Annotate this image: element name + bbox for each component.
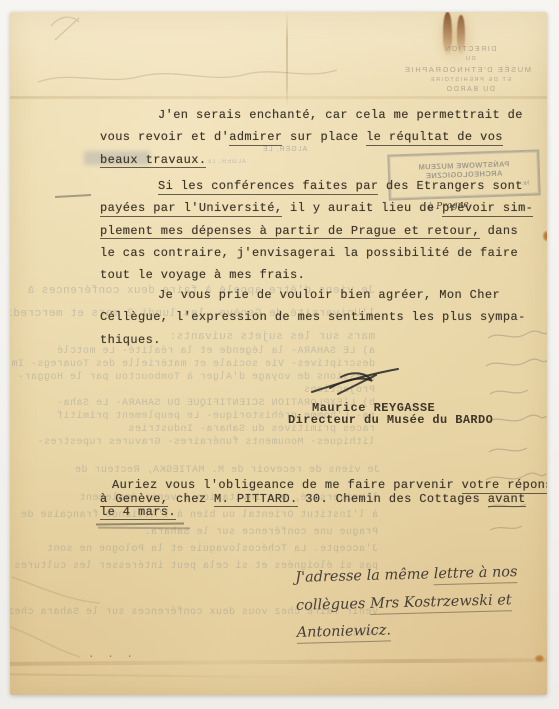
paragraph-postscript-reply-address: Auriez vous l'obligeance de me faire par… <box>100 479 520 520</box>
mirrored-pencil-handwriting <box>32 58 347 94</box>
show-through-line: lithiques- Monuments funéraires- Gravure… <box>45 436 375 449</box>
text-segment: admirer <box>229 130 282 146</box>
text-line: le 4 mars. <box>100 506 520 520</box>
text-line: thiques. <box>100 329 520 351</box>
text-line: collègues Mrs Kostrzewski et <box>296 587 517 620</box>
corner-pencil-scribble <box>45 12 95 46</box>
text-line: J'en serais enchanté, car cela me permet… <box>100 104 520 126</box>
text-line: beaux travaux. <box>100 149 520 171</box>
text-segment: ET DE PRÉHISTOIRE <box>429 77 511 83</box>
text-segment: avant <box>488 492 526 508</box>
text-segment: collègues <box>296 595 370 613</box>
text-segment: le 4 mars. <box>100 505 176 520</box>
text-segment: Je vous prie de vouloir bien agréer, Mon… <box>158 288 500 302</box>
text-segment: MUSÉE D'ETHNOGRAPHIE <box>403 65 531 74</box>
bottom-left-wrinkles <box>10 557 130 687</box>
text-line: plement mes dépenses à partir de Prague … <box>100 220 520 242</box>
stray-typed-dots: . . . <box>88 649 136 661</box>
text-segment: 30. Chemin des Cottages <box>298 492 488 506</box>
text-line: Céllègue, l'expression de mes sentiments… <box>100 306 520 328</box>
paragraph-salutation: Je vous prie de vouloir bien agréer, Mon… <box>100 284 520 351</box>
text-segment: vous revoir et d' <box>100 130 229 144</box>
show-through-line: J'accepte. La Tchécoslovaquie et la Polo… <box>48 541 378 558</box>
text-segment: J'adresse la même <box>295 566 434 586</box>
scan-background: DIRECTIONDUMUSÉE D'ETHNOGRAPHIEET DE PRÉ… <box>0 0 559 709</box>
text-segment: sur place <box>282 130 366 144</box>
handwritten-note-same-letter: J'adresse la même lettre à noscollègues … <box>295 559 517 647</box>
letter-paper: DIRECTIONDUMUSÉE D'ETHNOGRAPHIEET DE PRÉ… <box>10 12 547 695</box>
text-segment: dans <box>480 224 518 238</box>
mirrored-letterhead: DIRECTIONDUMUSÉE D'ETHNOGRAPHIEET DE PRÉ… <box>409 46 531 96</box>
text-segment: Antoniewicz. <box>297 622 392 643</box>
text-segment: beaux travaux. <box>100 153 206 169</box>
text-segment: DU BARDO <box>445 86 495 93</box>
show-through-line: Je viens de recevoir de M. MATIEGKA, Rec… <box>60 464 380 478</box>
signature-title: Directeur du Musée du BARDO <box>288 413 493 427</box>
text-segment: DIRECTION <box>444 46 497 53</box>
text-line: ET DE PRÉHISTOIRE <box>409 77 531 83</box>
signature-flourish <box>308 364 404 398</box>
text-line: Auriez vous l'obligeance de me faire par… <box>100 479 520 493</box>
text-segment: M. PITTARD. <box>214 492 298 508</box>
text-segment: le réqultat de vos <box>366 130 503 146</box>
text-segment: le cas contraire, j'envisagerai la possi… <box>100 246 518 260</box>
text-line: MUSÉE D'ETHNOGRAPHIE <box>409 65 531 74</box>
text-segment: J'en serais enchanté, car cela me permet… <box>158 108 523 122</box>
horizontal-fold-crease <box>10 96 547 99</box>
text-segment: chez <box>168 492 214 506</box>
text-segment: Céllègue, l'expression de mes sentiments… <box>100 310 526 324</box>
text-segment: Mrs Kostrzewski et <box>370 592 512 615</box>
text-line: vous revoir et d'admirer sur place le ré… <box>100 126 520 148</box>
paragraph-enchante: J'en serais enchanté, car cela me permet… <box>100 104 520 171</box>
text-segment: plement mes dépenses à partir de Prague … <box>100 224 480 240</box>
text-line: DU <box>409 56 531 62</box>
text-segment: Si les conférences faites par <box>158 179 378 195</box>
text-segment: lettre à nos <box>434 564 518 585</box>
text-segment: il y aurait lieu de <box>282 201 442 215</box>
text-line: Antoniewicz. <box>296 614 517 647</box>
text-line: DIRECTION <box>409 46 531 53</box>
text-line: DU BARDO <box>409 86 531 93</box>
text-line: le cas contraire, j'envisagerai la possi… <box>100 242 520 264</box>
rust-spot-right <box>543 231 547 241</box>
rust-spot-bottom <box>535 655 544 662</box>
text-segment: DU <box>464 56 475 62</box>
text-segment: tout le voyage à mes frais. <box>100 268 305 282</box>
paragraph-conferences: Si les conférences faites par des Etrang… <box>100 175 520 286</box>
show-through-text-block: Je viens de recevoir de M. MATIEGKA, Rec… <box>60 464 380 478</box>
text-segment: payées par l'Université, <box>100 201 282 217</box>
text-segment: des Etrangers sont <box>378 179 522 193</box>
text-line: Je vous prie de vouloir bien agréer, Mon… <box>100 284 520 306</box>
text-segment: Auriez vous l'obligeance de me faire par… <box>112 478 462 492</box>
text-segment: thiques. <box>100 333 161 347</box>
pencil-dash-mark <box>55 194 91 197</box>
text-line: Si les conférences faites par des Etrang… <box>100 175 520 197</box>
